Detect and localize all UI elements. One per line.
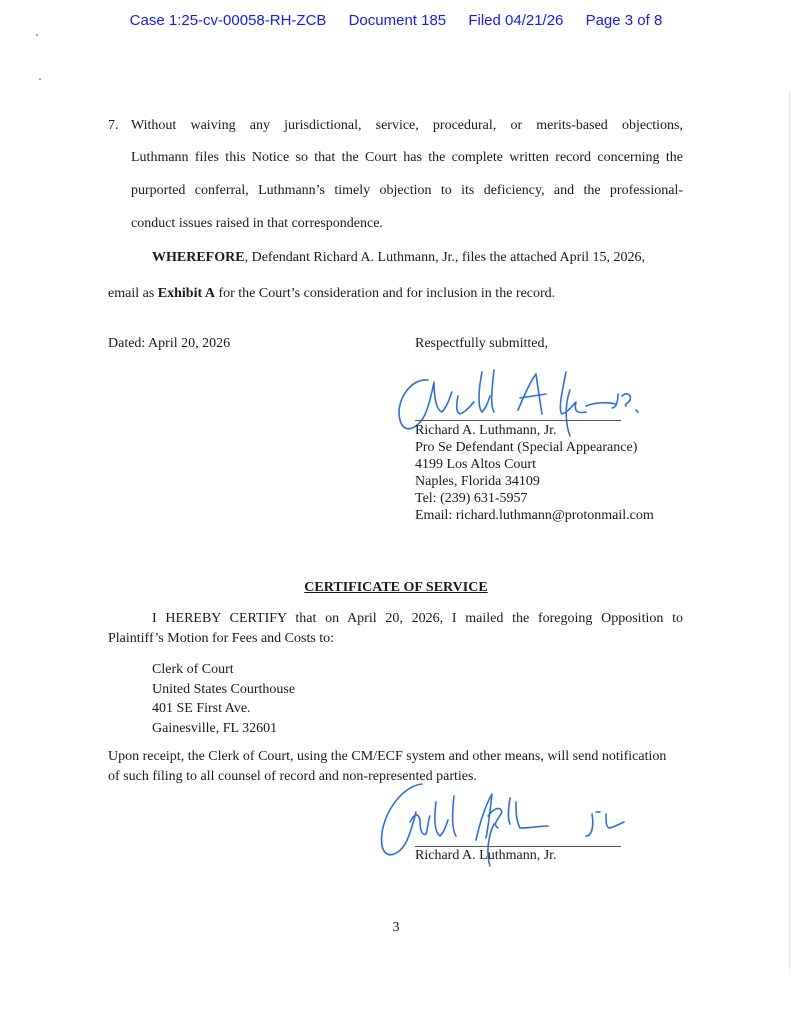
document-number: Document 185 — [349, 12, 447, 29]
certificate-line-2: Plaintiff’s Motion for Fees and Costs to… — [108, 631, 334, 646]
filed-date: Filed 04/21/26 — [468, 12, 563, 29]
wherefore-line-2: email as Exhibit A for the Court’s consi… — [108, 286, 555, 301]
recipient-line: 401 SE First Ave. — [152, 699, 295, 719]
scan-speck — [39, 78, 41, 80]
certificate-signer-name: Richard A. Luthmann, Jr. — [415, 848, 557, 863]
wherefore-lead: WHEREFORE — [152, 250, 245, 265]
scan-edge-line — [789, 90, 790, 970]
ecf-header: Case 1:25-cv-00058-RH-ZCB Document 185 F… — [0, 12, 792, 29]
signer-title: Pro Se Defendant (Special Appearance) — [415, 439, 654, 456]
page-indicator: Page 3 of 8 — [586, 12, 663, 29]
paragraph-7-line-1: Without waiving any jurisdictional, serv… — [131, 118, 683, 133]
case-number: Case 1:25-cv-00058-RH-ZCB — [130, 12, 327, 29]
notice-line-1: Upon receipt, the Clerk of Court, using … — [108, 749, 666, 764]
signature-line — [415, 420, 621, 421]
certificate-title: CERTIFICATE OF SERVICE — [0, 580, 792, 596]
wherefore-line-1: WHEREFORE, Defendant Richard A. Luthmann… — [152, 250, 683, 265]
signer-email: Email: richard.luthmann@protonmail.com — [415, 507, 654, 524]
signer-phone: Tel: (239) 631-5957 — [415, 490, 654, 507]
exhibit-reference: Exhibit A — [158, 286, 215, 301]
paragraph-7-line-2: Luthmann files this Notice so that the C… — [131, 150, 683, 165]
recipient-line: Clerk of Court — [152, 660, 295, 680]
recipient-address: Clerk of Court United States Courthouse … — [152, 660, 295, 738]
recipient-line: United States Courthouse — [152, 680, 295, 700]
paragraph-7-line-3: purported conferral, Luthmann’s timely o… — [131, 183, 683, 198]
paragraph-7-line-4: conduct issues raised in that correspond… — [131, 216, 383, 231]
dated-line: Dated: April 20, 2026 — [108, 336, 230, 351]
signer-name: Richard A. Luthmann, Jr. — [415, 422, 654, 439]
signer-address-2: Naples, Florida 34109 — [415, 473, 654, 490]
certificate-line-1: I HEREBY CERTIFY that on April 20, 2026,… — [152, 611, 683, 626]
paragraph-number: 7. — [108, 118, 119, 133]
scan-speck — [36, 34, 38, 36]
signature-line — [415, 846, 621, 847]
signature-block: Richard A. Luthmann, Jr. Pro Se Defendan… — [415, 422, 654, 524]
signer-address-1: 4199 Los Altos Court — [415, 456, 654, 473]
recipient-line: Gainesville, FL 32601 — [152, 719, 295, 739]
page-number: 3 — [0, 920, 792, 936]
closing-line: Respectfully submitted, — [415, 336, 548, 351]
